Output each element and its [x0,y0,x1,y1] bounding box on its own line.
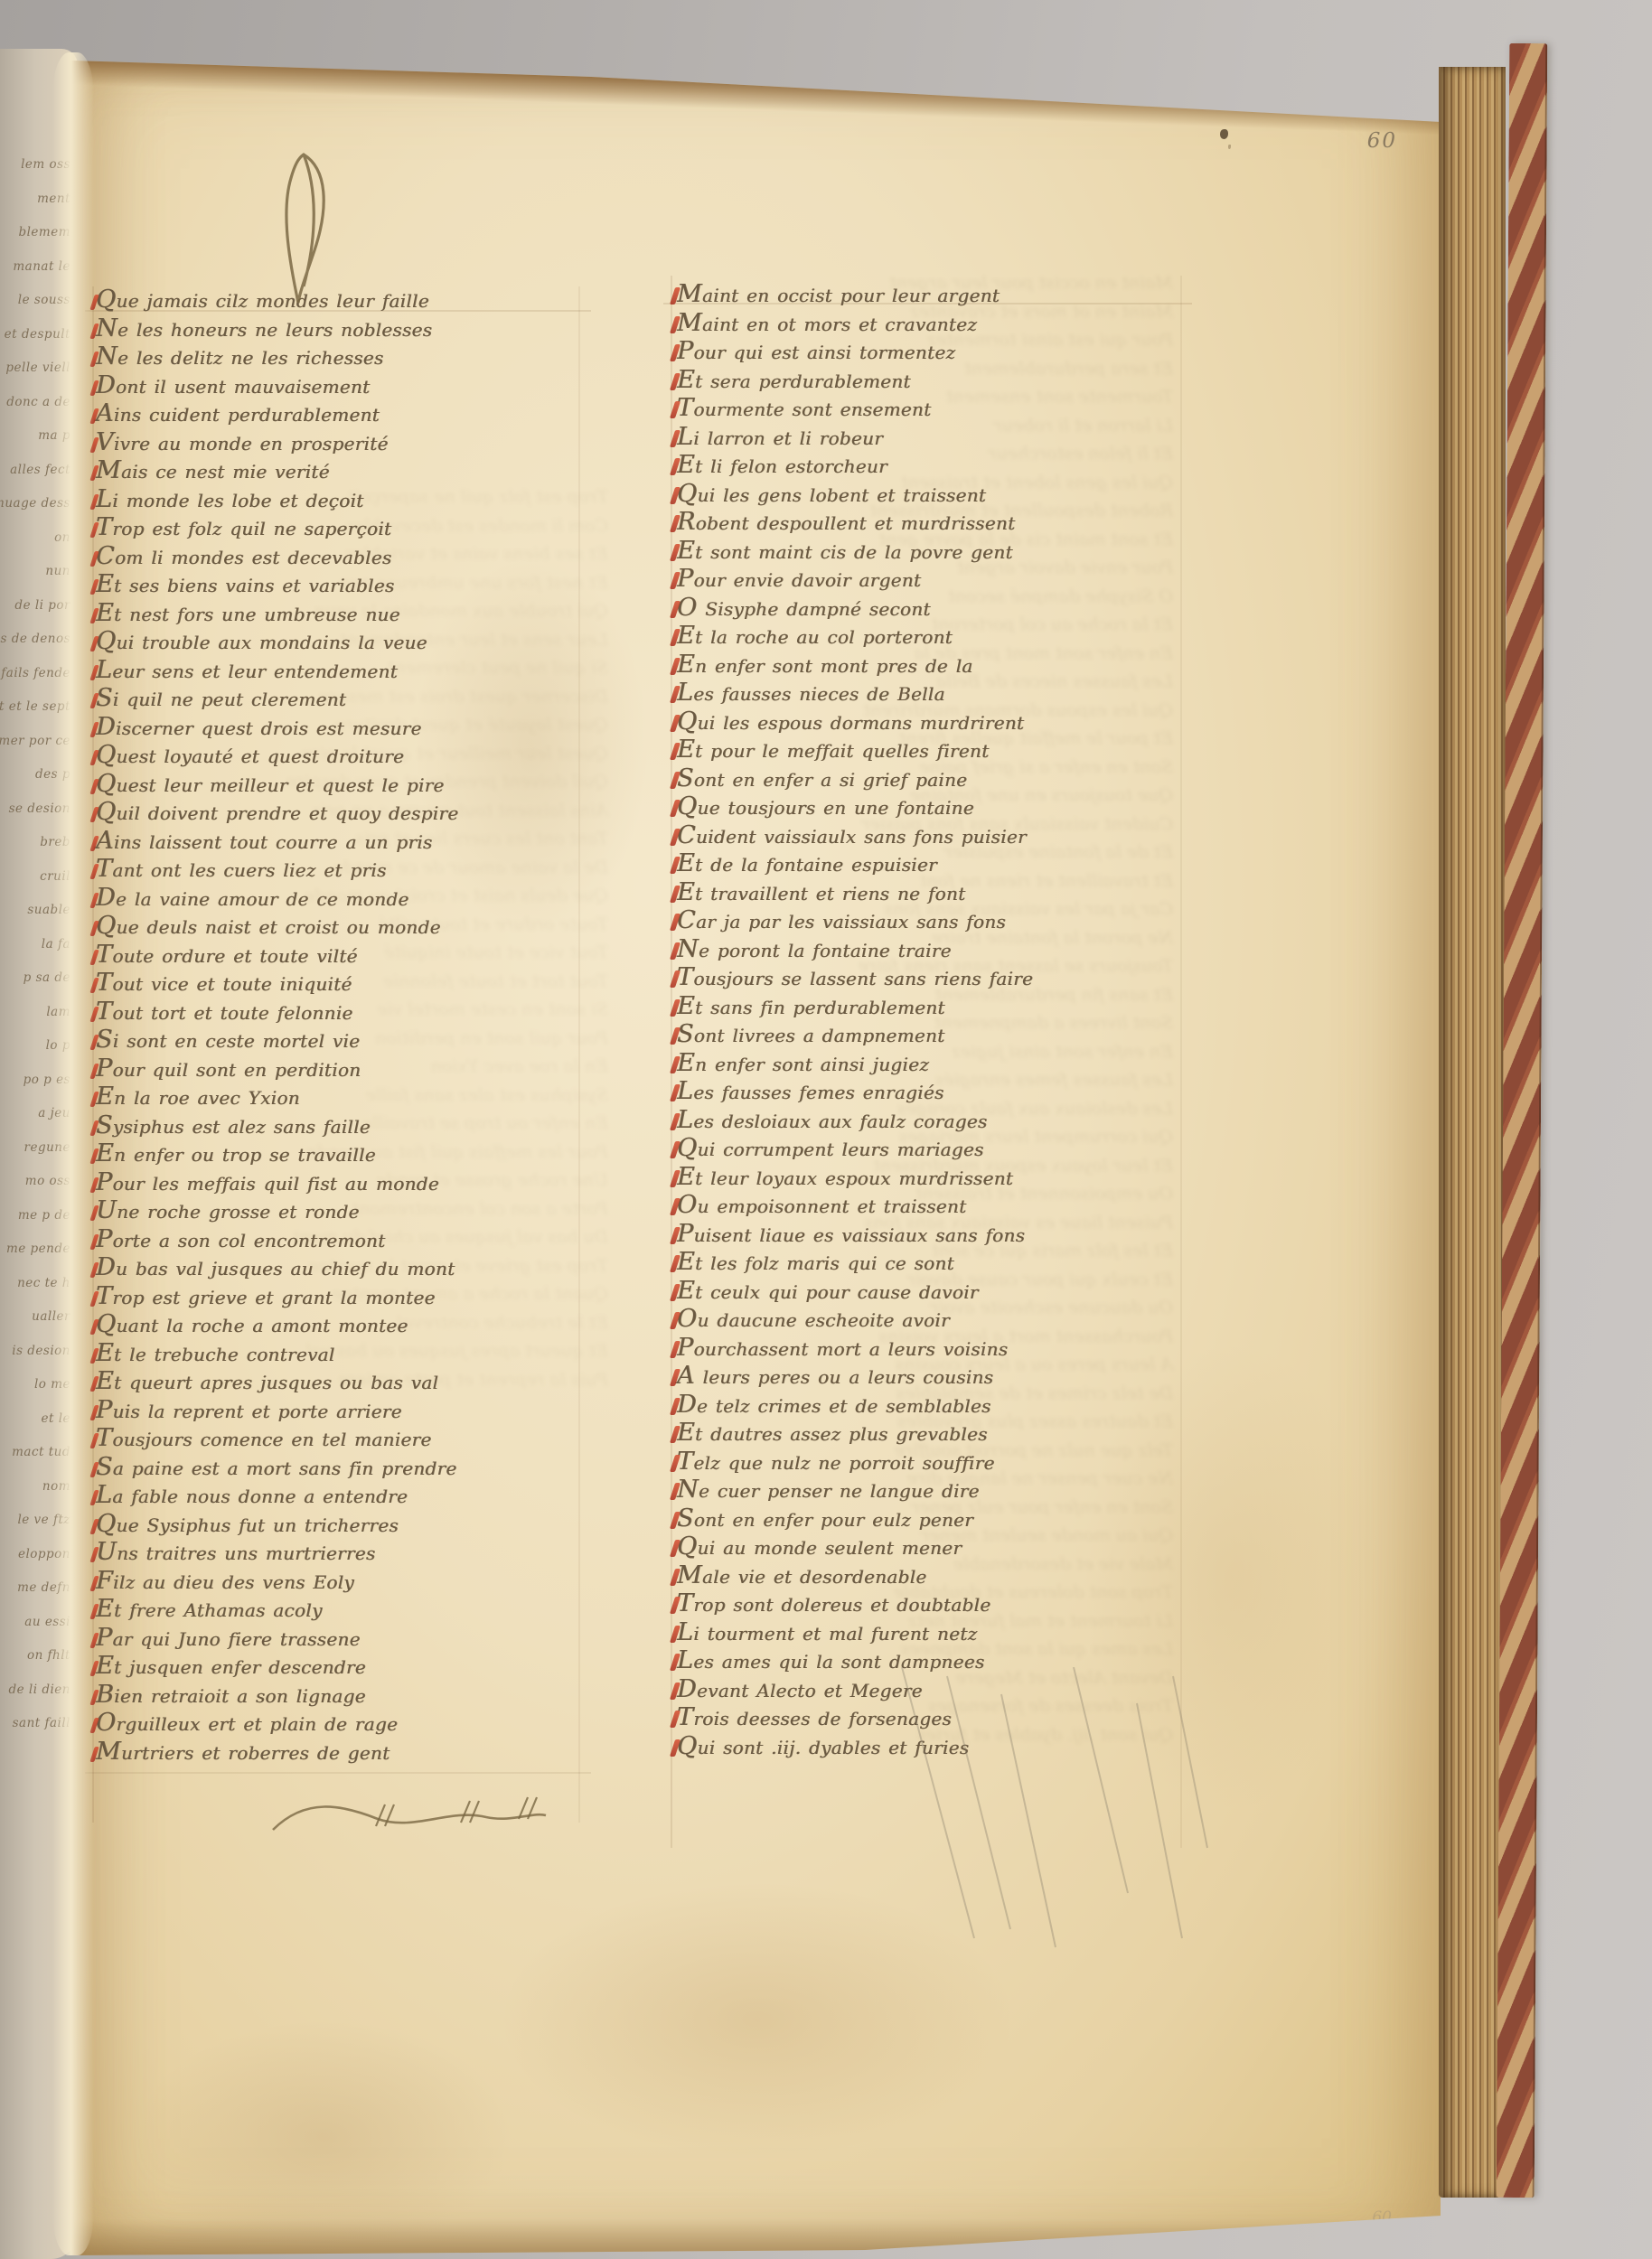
verse-line: Trop est folz quil ne saperçoit [93,515,558,544]
stain [504,1884,1010,2155]
margin-fragment: manat le [13,259,70,274]
margin-fragment: des p [35,767,70,782]
verse-line: Et queurt apres jusques ou bas val [93,1369,558,1398]
margin-fragment: le souss [18,293,70,307]
verse-line: Qui sont .iij. dyables et furies [673,1734,1179,1763]
verse-line: Ains cuident perdurablement [93,401,558,430]
verse-line: Tant ont les cuers liez et pris [93,857,558,886]
ruling-line [1180,276,1182,1848]
margin-fragment: au essi [24,1615,70,1629]
verse-line: Ou daucune escheoite avoir [673,1307,1179,1336]
margin-fragment: me p de [18,1208,70,1223]
verse-line: Dont il usent mauvaisement [93,373,558,402]
verse-line: Et le trebuche contreval [93,1341,558,1370]
verse-line: Que jamais cilz mondes leur faille [93,287,558,316]
verse-line: Et sans fin perdurablement [673,994,1179,1023]
margin-fragment: de li por [14,598,70,613]
margin-fragment: lam [46,1005,70,1019]
verse-line: Trois deesses de forsenages [673,1705,1179,1734]
verse-line: Ne poront la fontaine traire [673,937,1179,966]
verse-line: Maint en ot mors et cravantez [673,311,1179,340]
verse-line: Sont en enfer a si grief paine [673,766,1179,795]
verse-line: En enfer ou trop se travaille [93,1141,558,1170]
margin-fragment: po p es [23,1073,70,1087]
verse-line: Ne cuer penser ne langue dire [673,1477,1179,1506]
margin-fragment: lo me [34,1377,70,1392]
verse-line: Sysiphus est alez sans faille [93,1113,558,1142]
margin-fragment: me pende [6,1242,70,1256]
verse-line: Mais ce nest mie verité [93,458,558,487]
verse-line: Et ceulx qui pour cause davoir [673,1279,1179,1308]
margin-fragment: ma p [38,428,70,443]
browned-top-edge [48,26,1495,137]
margin-fragment: lem oss [21,157,70,172]
verse-line: Une roche grosse et ronde [93,1198,558,1227]
margin-fragment: ualler [32,1309,70,1324]
verse-line: Que deuls naist et croist ou monde [93,914,558,942]
verse-line: Ou empoisonnent et traissent [673,1193,1179,1222]
verse-line: En enfer sont mont pres de la [673,652,1179,681]
margin-fragment: et le [41,1411,70,1426]
margin-fragment: on fhlt [27,1648,70,1663]
browned-bottom-edge [70,2219,1441,2259]
verse-line: Murtriers et roberres de gent [93,1739,558,1768]
verse-line: Ne les delitz ne les richesses [93,344,558,373]
verse-line: Pour les meffais quil fist au monde [93,1170,558,1199]
verse-line: Sont en enfer pour eulz pener [673,1506,1179,1535]
verse-line: Les ames qui la sont dampnees [673,1648,1179,1677]
margin-fragment: suable [27,903,70,917]
verse-line: En la roe avec Yxion [93,1084,558,1113]
margin-fragment: eloppon [18,1547,70,1561]
verse-line: Qui trouble aux mondains la veue [93,629,558,658]
verse-line: Car ja par les vaissiaux sans fons [673,908,1179,937]
verse-line: Et sera perdurablement [673,368,1179,397]
margin-fragment: regune [24,1140,70,1155]
verse-line: Quant la roche a amont montee [93,1312,558,1341]
verse-line: Pourchassent mort a leurs voisins [673,1336,1179,1364]
margin-fragment: donc a de [6,395,70,409]
verse-line: Leur sens et leur entendement [93,658,558,687]
margin-fragment: alles fect [10,463,70,477]
margin-fragment: mact tud [12,1445,70,1459]
verse-line: Porte a son col encontremont [93,1227,558,1256]
margin-fragment: lo p [46,1038,70,1053]
margin-fragment: me defn [17,1580,70,1595]
verse-line: Qui les espous dormans murdrirent [673,709,1179,738]
verse-line: Et travaillent et riens ne font [673,880,1179,909]
verse-line: Pour quil sont en perdition [93,1056,558,1085]
margin-fragment: a jeu [38,1106,70,1120]
verse-line: Et la roche au col porteront [673,623,1179,652]
verse-line: Tourmente sont ensement [673,396,1179,425]
verse-line: Sont livrees a dampnement [673,1022,1179,1051]
verse-line: Par qui Juno fiere trassene [93,1626,558,1654]
ruling-line [85,1772,591,1774]
margin-fragment: le ve ftz [17,1513,70,1527]
verse-line: Cuident vaissiaulx sans fons puisier [673,823,1179,852]
margin-fragment: sant faill [13,1716,70,1730]
margin-fragment: nun [45,564,70,578]
verse-line: Qui au monde seulent mener [673,1534,1179,1563]
ruling-line [578,286,580,1823]
fore-edge-page-stack [1439,67,1506,2198]
verse-line: De telz crimes et de semblables [673,1392,1179,1421]
verse-line: Male vie et desordenable [673,1563,1179,1592]
verse-column-left: Que jamais cilz mondes leur failleNe les… [93,287,558,1767]
verse-line: De la vaine amour de ce monde [93,886,558,914]
verse-line: Tout vice et toute iniquité [93,970,558,999]
margin-fragment: et despult [5,327,70,342]
margin-fragment: se desion [9,801,70,816]
margin-fragment: nec te h [17,1276,70,1290]
manuscript-page: Maint en occist pour leur argentMaint en… [70,50,1441,2257]
verse-line: Si sont en ceste mortel vie [93,1027,558,1056]
verse-line: Et frere Athamas acoly [93,1597,558,1626]
verse-line: En enfer sont ainsi jugiez [673,1051,1179,1080]
verse-line: Discerner quest drois est mesure [93,715,558,744]
verse-line: Trop sont dolereus et doubtable [673,1591,1179,1620]
verse-line: A leurs peres ou a leurs cousins [673,1364,1179,1392]
margin-fragment: is desion [12,1344,70,1358]
margin-fragment: on [54,530,70,545]
verse-line: Uns traitres uns murtrierres [93,1540,558,1569]
verse-line: Filz au dieu des vens Eoly [93,1569,558,1598]
verse-line: Qui corrumpent leurs mariages [673,1136,1179,1165]
verse-line: Tout tort et toute felonnie [93,999,558,1028]
verse-line: Et leur loyaux espoux murdrissent [673,1165,1179,1194]
margin-fragment: nuage dess [0,496,70,511]
verse-line: Li larron et li robeur [673,425,1179,454]
verse-line: Les desloiaux aux faulz corages [673,1108,1179,1137]
pen-flourish-bottom [269,1792,549,1848]
verse-line: Puis la reprent et porte arriere [93,1398,558,1427]
margin-fragment: lt et le sept [0,699,70,714]
manuscript-photo: lem ossmentblememmanat lele sousset desp… [0,0,1652,2259]
verse-line: Pour envie davoir argent [673,567,1179,595]
verse-line: Toute ordure et toute vilté [93,942,558,971]
verse-line: Et de la fontaine espuisier [673,851,1179,880]
verse-line: Quil doivent prendre et quoy despire [93,800,558,829]
verse-line: Ne les honeurs ne leurs noblesses [93,316,558,345]
verse-line: Tousjours comence en tel maniere [93,1426,558,1455]
verse-line: Sa paine est a mort sans fin prendre [93,1455,558,1484]
ink-spot [1220,129,1228,139]
verse-line: Trop est grieve et grant la montee [93,1284,558,1313]
verse-line: Li monde les lobe et deçoit [93,487,558,516]
verse-line: Les fausses femes enragiés [673,1079,1179,1108]
verse-line: Bien retraioit a son lignage [93,1683,558,1711]
verse-line: Orguilleux ert et plain de rage [93,1711,558,1739]
margin-fragment: fails fende [1,666,70,680]
verse-line: Devant Alecto et Megere [673,1677,1179,1706]
verse-line: Quest leur meilleur et quest le pire [93,772,558,801]
verse-line: Et pour le meffait quelles firent [673,737,1179,766]
margin-fragment: es de denos [0,632,70,646]
verse-line: Et les folz maris qui ce sont [673,1250,1179,1279]
margin-fragment: mer por ce [0,734,70,748]
margin-fragment: de li dien [9,1683,71,1697]
verse-line: Telz que nulz ne porroit souffire [673,1449,1179,1478]
verse-line: Quest loyauté et quest droiture [93,743,558,772]
folio-number-bottom: 60 [1372,2208,1392,2226]
margin-fragment: blemem [18,225,70,239]
verse-line: Et jusquen enfer descendre [93,1654,558,1683]
verse-line: Et dautres assez plus grevables [673,1420,1179,1449]
verse-line: Maint en occist pour leur argent [673,282,1179,311]
verse-line: Tousjours se lassent sans riens faire [673,965,1179,994]
verse-line: Vivre au monde en prosperité [93,430,558,459]
verse-line: Si quil ne peut clerement [93,686,558,715]
margin-fragment: mo oss [25,1174,70,1188]
verse-line: Com li mondes est decevables [93,544,558,573]
margin-fragment: cruil [40,869,70,884]
margin-fragment: breb [40,835,70,849]
verse-line: La fable nous donne a entendre [93,1483,558,1512]
verse-line: Qui les gens lobent et traissent [673,482,1179,511]
verse-line: Les fausses nieces de Bella [673,680,1179,709]
margin-fragment: nom [42,1479,70,1494]
verse-line: Et ses biens vains et variables [93,572,558,601]
folio-number: 60 [1367,129,1397,153]
verse-line: Que tousjours en une fontaine [673,794,1179,823]
verse-line: Du bas val jusques au chief du mont [93,1255,558,1284]
verse-line: O Sisyphe dampné secont [673,595,1179,624]
pen-flourish-top [264,151,350,309]
margin-fragment: pelle viell [5,361,70,375]
verse-line: Robent despoullent et murdrissent [673,510,1179,539]
margin-fragment: p sa de [23,970,70,985]
verse-line: Pour qui est ainsi tormentez [673,339,1179,368]
verse-line: Et sont maint cis de la povre gent [673,539,1179,567]
margin-fragment: la fa [42,937,70,951]
verse-line: Li tourment et mal furent netz [673,1620,1179,1649]
margin-fragment: ment [37,192,70,206]
facing-page-sliver: lem ossmentblememmanat lele sousset desp… [0,49,78,2259]
verse-line: Et nest fors une umbreuse nue [93,601,558,630]
verse-line: Et li felon estorcheur [673,453,1179,482]
verse-line: Ains laissent tout courre a un pris [93,829,558,858]
verse-line: Que Sysiphus fut un tricherres [93,1512,558,1541]
verse-line: Puisent liaue es vaissiaux sans fons [673,1222,1179,1251]
verse-column-right: Maint en occist pour leur argentMaint en… [673,282,1179,1762]
